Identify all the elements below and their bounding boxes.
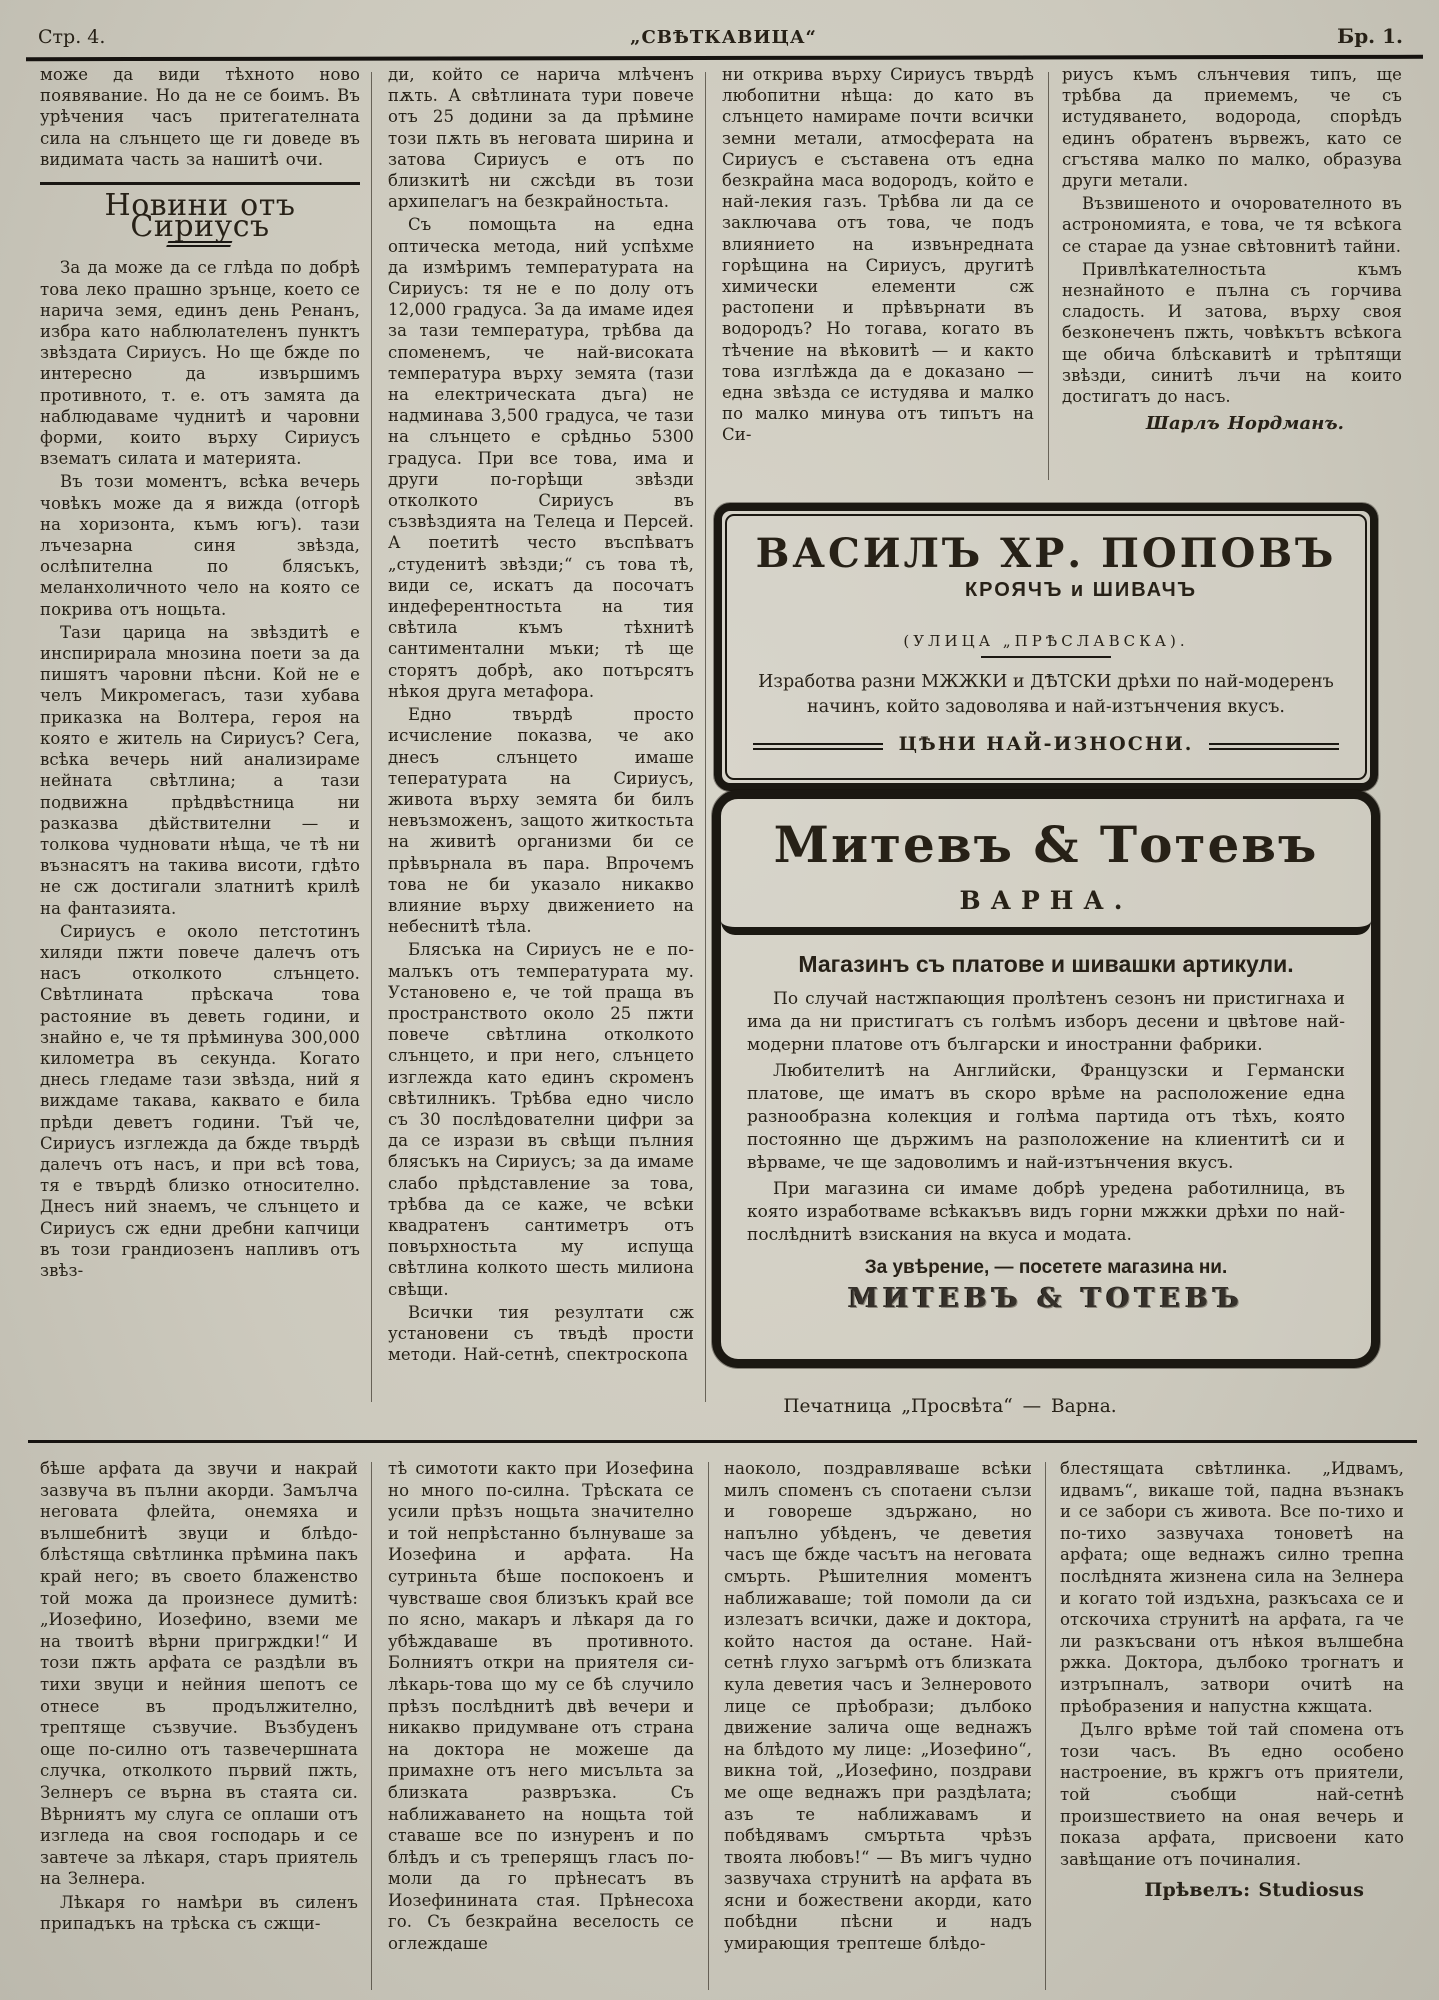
translator-signature: Прѣвелъ: Studiosus <box>1060 1880 1404 1902</box>
story-paragraph: бѣше арфата да звучи и накрай зазвуча въ… <box>40 1458 358 1890</box>
newspaper-title: „СВѢТКАВИЦА“ <box>38 27 1409 48</box>
article-paragraph: риусъ къмъ слънчевия типъ, ще трѣбва да … <box>1062 64 1402 191</box>
masthead: Стр. 4. „СВѢТКАВИЦА“ Бр. 1. <box>38 24 1409 54</box>
imprint-line: Печатница „Просвѣта“ — Варна. <box>690 1396 1210 1417</box>
story-paragraph: тѣ симототи както при Иозефина но много … <box>388 1458 694 1955</box>
ad-popov-address: (УЛИЦА „ПРѢСЛАВСКА). <box>743 632 1349 650</box>
story-column-2: тѣ симототи както при Иозефина но много … <box>388 1458 694 1998</box>
article-paragraph: Сириусъ е около петстотинъ хиляди пжти п… <box>40 921 360 1281</box>
article-paragraph: Възвишеното и очорователното въ астроном… <box>1062 193 1402 257</box>
article-column-2: ди, който се нарича млѣченъ пѫть. А свѣт… <box>388 64 694 1400</box>
article-paragraph: Съ помощьта на една оптическа метода, ни… <box>388 214 694 702</box>
article-paragraph: Привлѣкателностьта къмъ незнайното е пъл… <box>1062 259 1402 407</box>
ad-popov-box: ВАСИЛЪ ХР. ПОПОВЪ КРОЯЧЪ и ШИВАЧЪ (УЛИЦА… <box>714 503 1378 791</box>
ad-popov-body: Изработва разни МЖЖКИ и ДѢТСКИ дрѣхи по … <box>749 670 1343 721</box>
ad-mitev-paragraph: Любителитѣ на Английски, Французски и Ге… <box>747 1060 1345 1175</box>
article-paragraph: Едно твърдѣ просто исчисление показва, ч… <box>388 704 694 937</box>
section-divider-rule <box>28 1440 1417 1443</box>
ad-popov-rule <box>981 656 1111 658</box>
ad-mitev-city: ВАРНА. <box>721 886 1371 915</box>
ad-mitev-heading: Магазинъ съ платове и шивашки артикули. <box>747 951 1345 978</box>
ad-mitev-signature: МИТЕВЪ & ТОТЕВЪ <box>747 1283 1345 1314</box>
story-paragraph: Лѣкаря го намѣри въ силенъ припадъкъ на … <box>40 1892 358 1935</box>
ad-popov-prices: ЦѢНИ НАЙ-ИЗНОСНИ. <box>899 733 1194 755</box>
ad-mitev-paragraph: По случай настжпающия пролѣтенъ сезонъ н… <box>747 988 1345 1057</box>
article-paragraph: Тази царица на звѣздитѣ е инспирирала мн… <box>40 622 360 919</box>
column-rule <box>708 1462 709 1990</box>
column-rule <box>371 72 372 1402</box>
column-rule <box>1048 72 1049 480</box>
article-divider-rule <box>40 182 360 185</box>
story-paragraph: наоколо, поздравляваше всѣки милъ спомен… <box>724 1458 1032 1955</box>
ad-mitev-header-plaque: Митевъ & Тотевъ ВАРНА. <box>721 799 1371 935</box>
story-column-1: бѣше арфата да звучи и накрай зазвуча въ… <box>40 1458 358 1998</box>
article-column-4: риусъ къмъ слънчевия типъ, ще трѣбва да … <box>1062 64 1402 506</box>
story-column-4: блестящата свѣтлинка. „Идвамъ, идвамъ“, … <box>1060 1458 1404 1998</box>
story-paragraph: блестящата свѣтлинка. „Идвамъ, идвамъ“, … <box>1060 1458 1404 1717</box>
article-author-signature: Шарлъ Нордманъ. <box>1062 413 1402 434</box>
newspaper-page: Стр. 4. „СВѢТКАВИЦА“ Бр. 1. може да види… <box>0 0 1439 2000</box>
issue-number: Бр. 1. <box>1337 24 1403 48</box>
ad-mitev-box: Митевъ & Тотевъ ВАРНА. Магазинъ съ плато… <box>712 790 1380 1368</box>
story-paragraph: Дълго врѣме той тай спомена отъ този час… <box>1060 1719 1404 1870</box>
article-paragraph: Блясъка на Сириусъ не е по-малъкъ отъ те… <box>388 939 694 1299</box>
article-column-1: може да види тѣхното ново появявание. Но… <box>40 64 360 1400</box>
article-column-3: ни открива върху Сириусъ твърдѣ любопитн… <box>722 64 1034 484</box>
article-paragraph: Всички тия резултати сж установени съ тв… <box>388 1302 694 1366</box>
article-paragraph: ди, който се нарича млѣченъ пѫть. А свѣт… <box>388 64 694 212</box>
ad-mitev-paragraph: При магазина си имаме добрѣ уредена рабо… <box>747 1178 1345 1247</box>
article-paragraph: Въ този моментъ, всѣка вечерь човѣкъ мож… <box>40 471 360 619</box>
story-column-3: наоколо, поздравляваше всѣки милъ спомен… <box>724 1458 1032 1998</box>
ad-popov-price-row: ЦѢНИ НАЙ-ИЗНОСНИ. <box>753 733 1339 755</box>
ad-popov-subtitle: КРОЯЧЪ и ШИВАЧЪ <box>813 579 1349 602</box>
ad-mitev-closing: За увѣрение, — посетете магазина ни. <box>747 1257 1345 1279</box>
ornament-line <box>753 743 883 745</box>
article-paragraph: За да може да се глѣда по добрѣ това лек… <box>40 257 360 469</box>
column-rule <box>1045 1462 1046 1990</box>
ad-popov-inner: ВАСИЛЪ ХР. ПОПОВЪ КРОЯЧЪ и ШИВАЧЪ (УЛИЦА… <box>725 514 1367 780</box>
article-intro: може да види тѣхното ново появявание. Но… <box>40 64 360 170</box>
article-title: Новини отъ Сириусъ <box>40 195 360 237</box>
ornament-line <box>1209 743 1339 745</box>
article-paragraph: ни открива върху Сириусъ твърдѣ любопитн… <box>722 64 1034 446</box>
column-rule <box>371 1462 372 1990</box>
column-rule <box>705 72 706 1402</box>
ad-mitev-body: Магазинъ съ платове и шивашки артикули. … <box>721 935 1371 1314</box>
masthead-rule <box>26 55 1423 61</box>
ad-popov-title: ВАСИЛЪ ХР. ПОПОВЪ <box>743 530 1349 577</box>
ad-mitev-title: Митевъ & Тотевъ <box>721 819 1371 872</box>
